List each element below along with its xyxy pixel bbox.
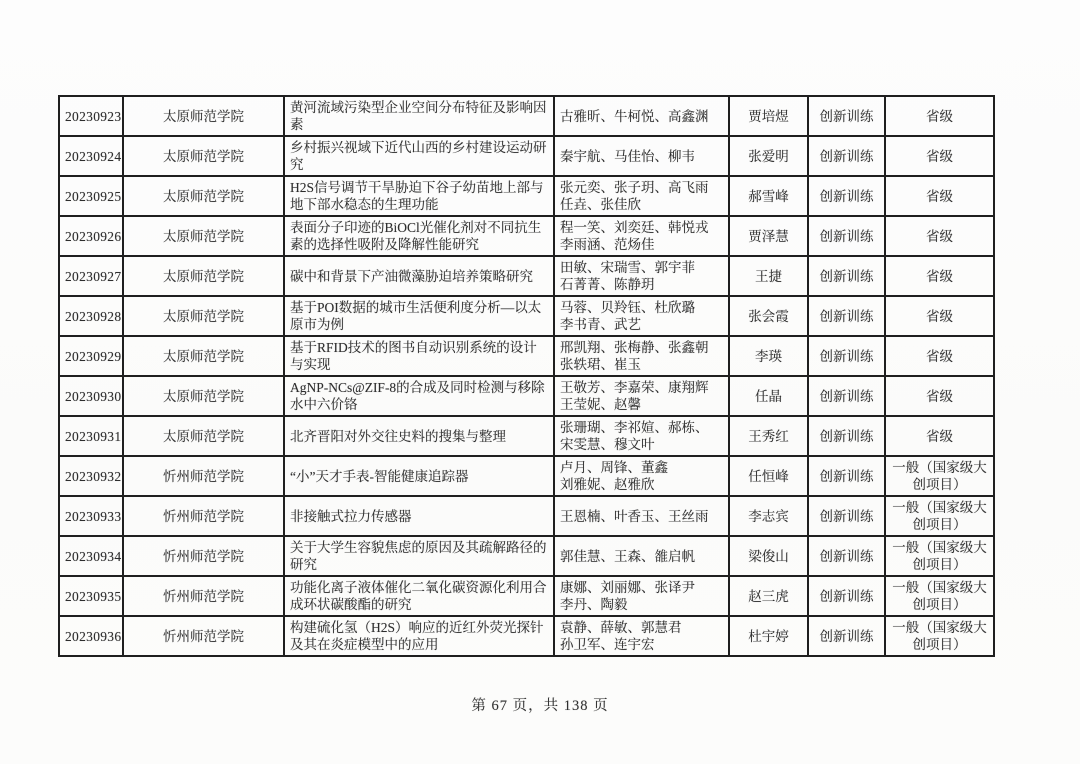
cell-title: 乡村振兴视域下近代山西的乡村建设运动研究 bbox=[284, 136, 554, 176]
cell-school: 忻州师范学院 bbox=[123, 576, 284, 616]
cell-category: 创新训练 bbox=[808, 616, 885, 656]
cell-project-id: 20230936 bbox=[59, 616, 123, 656]
cell-category: 创新训练 bbox=[808, 496, 885, 536]
cell-category: 创新训练 bbox=[808, 416, 885, 456]
cell-members: 郭佳慧、王森、雒启帆 bbox=[554, 536, 729, 576]
table-row: 20230935忻州师范学院功能化离子液体催化二氧化碳资源化利用合成环状碳酸酯的… bbox=[59, 576, 994, 616]
cell-level: 一般（国家级大创项目） bbox=[885, 536, 994, 576]
cell-advisor: 李志宾 bbox=[729, 496, 808, 536]
cell-level: 省级 bbox=[885, 96, 994, 136]
cell-title: H2S信号调节干旱胁迫下谷子幼苗地上部与地下部水稳态的生理功能 bbox=[284, 176, 554, 216]
cell-level: 一般（国家级大创项目） bbox=[885, 576, 994, 616]
cell-level: 省级 bbox=[885, 416, 994, 456]
cell-category: 创新训练 bbox=[808, 256, 885, 296]
cell-title: 功能化离子液体催化二氧化碳资源化利用合成环状碳酸酯的研究 bbox=[284, 576, 554, 616]
cell-level: 一般（国家级大创项目） bbox=[885, 616, 994, 656]
cell-school: 太原师范学院 bbox=[123, 336, 284, 376]
cell-school: 太原师范学院 bbox=[123, 296, 284, 336]
cell-project-id: 20230927 bbox=[59, 256, 123, 296]
cell-title: 碳中和背景下产油微藻胁迫培养策略研究 bbox=[284, 256, 554, 296]
cell-advisor: 王捷 bbox=[729, 256, 808, 296]
cell-advisor: 杜宇婷 bbox=[729, 616, 808, 656]
cell-members: 王敬芳、李嘉荣、康翔辉 王莹妮、赵馨 bbox=[554, 376, 729, 416]
table-row: 20230927太原师范学院碳中和背景下产油微藻胁迫培养策略研究田敏、宋瑞雪、郭… bbox=[59, 256, 994, 296]
table-row: 20230924太原师范学院乡村振兴视域下近代山西的乡村建设运动研究秦宇航、马佳… bbox=[59, 136, 994, 176]
cell-level: 省级 bbox=[885, 216, 994, 256]
cell-project-id: 20230928 bbox=[59, 296, 123, 336]
cell-school: 忻州师范学院 bbox=[123, 616, 284, 656]
cell-school: 太原师范学院 bbox=[123, 96, 284, 136]
cell-members: 康娜、刘丽娜、张译尹 李丹、陶毅 bbox=[554, 576, 729, 616]
cell-advisor: 李瑛 bbox=[729, 336, 808, 376]
table-row: 20230925太原师范学院H2S信号调节干旱胁迫下谷子幼苗地上部与地下部水稳态… bbox=[59, 176, 994, 216]
table-body: 20230923太原师范学院黄河流域污染型企业空间分布特征及影响因素古雅昕、牛柯… bbox=[59, 96, 994, 656]
cell-level: 省级 bbox=[885, 336, 994, 376]
cell-members: 秦宇航、马佳怡、柳韦 bbox=[554, 136, 729, 176]
cell-project-id: 20230932 bbox=[59, 456, 123, 496]
cell-members: 田敏、宋瑞雪、郭宇菲 石菁菁、陈静玥 bbox=[554, 256, 729, 296]
cell-category: 创新训练 bbox=[808, 456, 885, 496]
cell-title: 北齐晋阳对外交往史料的搜集与整理 bbox=[284, 416, 554, 456]
cell-advisor: 任晶 bbox=[729, 376, 808, 416]
cell-members: 马蓉、贝羚钰、杜欣璐 李书青、武艺 bbox=[554, 296, 729, 336]
cell-members: 王恩楠、叶香玉、王丝雨 bbox=[554, 496, 729, 536]
cell-project-id: 20230923 bbox=[59, 96, 123, 136]
cell-advisor: 张爱明 bbox=[729, 136, 808, 176]
cell-level: 一般（国家级大创项目） bbox=[885, 456, 994, 496]
cell-title: 黄河流域污染型企业空间分布特征及影响因素 bbox=[284, 96, 554, 136]
cell-title: “小”天才手表-智能健康追踪器 bbox=[284, 456, 554, 496]
cell-category: 创新训练 bbox=[808, 576, 885, 616]
table-row: 20230928太原师范学院基于POI数据的城市生活便利度分析—以太原市为例马蓉… bbox=[59, 296, 994, 336]
cell-school: 太原师范学院 bbox=[123, 256, 284, 296]
cell-advisor: 王秀红 bbox=[729, 416, 808, 456]
projects-table-container: 20230923太原师范学院黄河流域污染型企业空间分布特征及影响因素古雅昕、牛柯… bbox=[58, 95, 995, 657]
cell-school: 忻州师范学院 bbox=[123, 456, 284, 496]
cell-project-id: 20230934 bbox=[59, 536, 123, 576]
cell-advisor: 张会霞 bbox=[729, 296, 808, 336]
cell-title: AgNP-NCs@ZIF-8的合成及同时检测与移除水中六价铬 bbox=[284, 376, 554, 416]
table-row: 20230934忻州师范学院关于大学生容貌焦虑的原因及其疏解路径的研究郭佳慧、王… bbox=[59, 536, 994, 576]
cell-members: 邢凯翔、张梅静、张鑫朝 张轶珺、崔玉 bbox=[554, 336, 729, 376]
cell-members: 程一笑、刘奕廷、韩悦戎 李雨涵、范炀佳 bbox=[554, 216, 729, 256]
table-row: 20230931太原师范学院北齐晋阳对外交往史料的搜集与整理张珊瑚、李祁媗、郝栋… bbox=[59, 416, 994, 456]
cell-project-id: 20230935 bbox=[59, 576, 123, 616]
cell-advisor: 赵三虎 bbox=[729, 576, 808, 616]
cell-title: 基于POI数据的城市生活便利度分析—以太原市为例 bbox=[284, 296, 554, 336]
cell-title: 关于大学生容貌焦虑的原因及其疏解路径的研究 bbox=[284, 536, 554, 576]
cell-project-id: 20230933 bbox=[59, 496, 123, 536]
table-row: 20230933忻州师范学院非接触式拉力传感器王恩楠、叶香玉、王丝雨李志宾创新训… bbox=[59, 496, 994, 536]
cell-level: 省级 bbox=[885, 136, 994, 176]
cell-category: 创新训练 bbox=[808, 96, 885, 136]
cell-school: 太原师范学院 bbox=[123, 216, 284, 256]
cell-category: 创新训练 bbox=[808, 136, 885, 176]
table-row: 20230936忻州师范学院构建硫化氢（H2S）响应的近红外荧光探针及其在炎症模… bbox=[59, 616, 994, 656]
cell-school: 太原师范学院 bbox=[123, 176, 284, 216]
cell-project-id: 20230930 bbox=[59, 376, 123, 416]
cell-school: 忻州师范学院 bbox=[123, 496, 284, 536]
cell-members: 袁静、薛敏、郭慧君 孙卫军、连宇宏 bbox=[554, 616, 729, 656]
cell-members: 张珊瑚、李祁媗、郝栋、 宋雯慧、穆文叶 bbox=[554, 416, 729, 456]
cell-school: 太原师范学院 bbox=[123, 416, 284, 456]
cell-advisor: 贾泽慧 bbox=[729, 216, 808, 256]
cell-members: 张元奕、张子玥、高飞雨 任垚、张佳欣 bbox=[554, 176, 729, 216]
cell-title: 基于RFID技术的图书自动识别系统的设计与实现 bbox=[284, 336, 554, 376]
cell-level: 一般（国家级大创项目） bbox=[885, 496, 994, 536]
cell-project-id: 20230931 bbox=[59, 416, 123, 456]
cell-project-id: 20230925 bbox=[59, 176, 123, 216]
projects-table: 20230923太原师范学院黄河流域污染型企业空间分布特征及影响因素古雅昕、牛柯… bbox=[58, 95, 995, 657]
cell-category: 创新训练 bbox=[808, 216, 885, 256]
cell-project-id: 20230926 bbox=[59, 216, 123, 256]
cell-advisor: 郝雪峰 bbox=[729, 176, 808, 216]
cell-category: 创新训练 bbox=[808, 536, 885, 576]
cell-level: 省级 bbox=[885, 296, 994, 336]
table-row: 20230932忻州师范学院“小”天才手表-智能健康追踪器卢月、周锋、董鑫 刘雅… bbox=[59, 456, 994, 496]
cell-school: 太原师范学院 bbox=[123, 136, 284, 176]
cell-category: 创新训练 bbox=[808, 176, 885, 216]
cell-category: 创新训练 bbox=[808, 376, 885, 416]
table-row: 20230923太原师范学院黄河流域污染型企业空间分布特征及影响因素古雅昕、牛柯… bbox=[59, 96, 994, 136]
table-row: 20230926太原师范学院表面分子印迹的BiOCl光催化剂对不同抗生素的选择性… bbox=[59, 216, 994, 256]
cell-project-id: 20230929 bbox=[59, 336, 123, 376]
cell-category: 创新训练 bbox=[808, 336, 885, 376]
cell-level: 省级 bbox=[885, 176, 994, 216]
cell-school: 太原师范学院 bbox=[123, 376, 284, 416]
cell-advisor: 贾培煜 bbox=[729, 96, 808, 136]
cell-title: 表面分子印迹的BiOCl光催化剂对不同抗生素的选择性吸附及降解性能研究 bbox=[284, 216, 554, 256]
cell-project-id: 20230924 bbox=[59, 136, 123, 176]
cell-school: 忻州师范学院 bbox=[123, 536, 284, 576]
cell-advisor: 梁俊山 bbox=[729, 536, 808, 576]
cell-title: 构建硫化氢（H2S）响应的近红外荧光探针及其在炎症模型中的应用 bbox=[284, 616, 554, 656]
cell-category: 创新训练 bbox=[808, 296, 885, 336]
cell-level: 省级 bbox=[885, 376, 994, 416]
cell-members: 古雅昕、牛柯悦、高鑫渊 bbox=[554, 96, 729, 136]
cell-title: 非接触式拉力传感器 bbox=[284, 496, 554, 536]
cell-members: 卢月、周锋、董鑫 刘雅妮、赵雅欣 bbox=[554, 456, 729, 496]
cell-advisor: 任恒峰 bbox=[729, 456, 808, 496]
table-row: 20230930太原师范学院AgNP-NCs@ZIF-8的合成及同时检测与移除水… bbox=[59, 376, 994, 416]
cell-level: 省级 bbox=[885, 256, 994, 296]
table-row: 20230929太原师范学院基于RFID技术的图书自动识别系统的设计与实现邢凯翔… bbox=[59, 336, 994, 376]
page-number-footer: 第 67 页，共 138 页 bbox=[0, 694, 1080, 715]
document-page: 20230923太原师范学院黄河流域污染型企业空间分布特征及影响因素古雅昕、牛柯… bbox=[0, 0, 1080, 764]
